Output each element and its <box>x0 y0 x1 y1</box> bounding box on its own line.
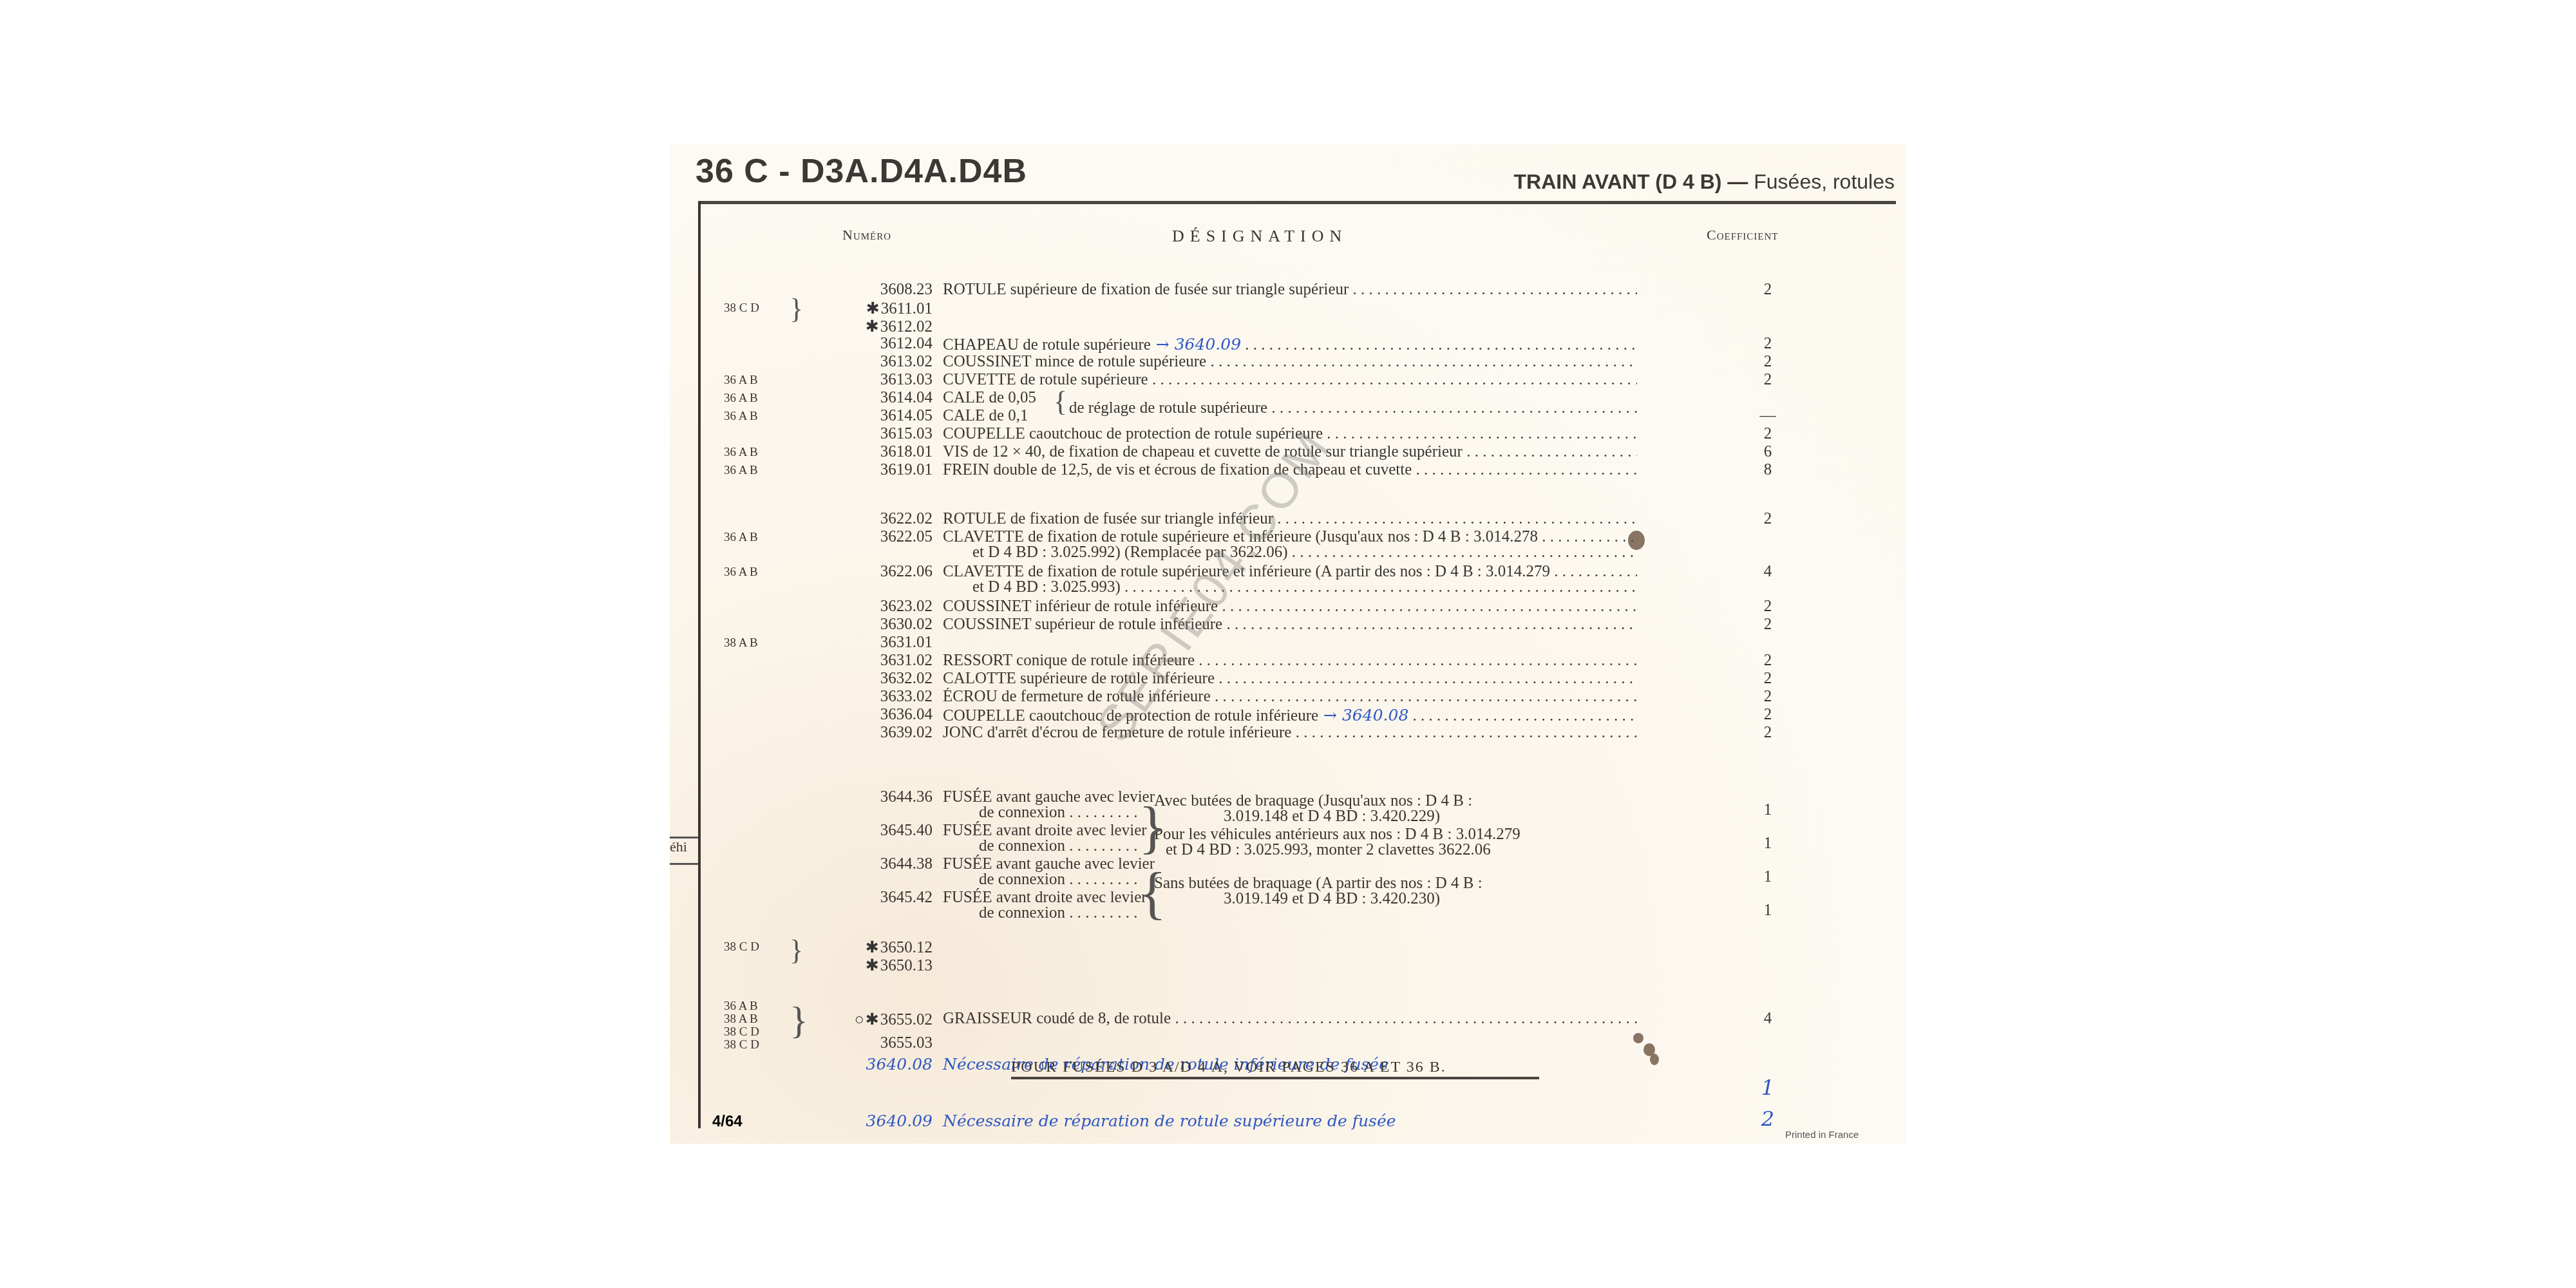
table-row: 38 C D✱3650.12 <box>670 938 1906 956</box>
designation-text: VIS de 12 × 40, de fixation de chapeau e… <box>943 443 1463 460</box>
designation-text: de réglage de rotule supérieure <box>1069 399 1267 417</box>
table-row: 3636.04COUPELLE caoutchouc de protection… <box>670 706 1906 724</box>
asterisk-icon: ✱ <box>866 300 880 317</box>
designation-text: COUPELLE caoutchouc de protection de rot… <box>943 425 1323 442</box>
asterisk-icon: ✱ <box>866 939 879 956</box>
part-designation: GRAISSEUR coudé de 8, de rotule . . . . … <box>943 1010 1637 1028</box>
designation-text: CUVETTE de rotule supérieure <box>943 371 1148 388</box>
handwritten-part-number: 3640.08 <box>837 1055 933 1074</box>
part-designation: ÉCROU de fermeture de rotule inférieure … <box>943 688 1637 706</box>
designation-text: ROTULE supérieure de fixation de fusée s… <box>943 281 1349 298</box>
part-designation: ROTULE supérieure de fixation de fusée s… <box>943 281 1637 299</box>
part-designation: FREIN double de 12,5, de vis et écrous d… <box>943 461 1637 479</box>
part-number: 3613.02 <box>837 353 933 371</box>
printed-in-france: Printed in France <box>1785 1130 1859 1141</box>
table-row-continued: et D 4 BD : 3.025.993) . . . . . . . . .… <box>670 578 1906 596</box>
table-row: 36 A B3613.03CUVETTE de rotule supérieur… <box>670 371 1906 389</box>
part-designation: COUPELLE caoutchouc de protection de rot… <box>943 706 1637 725</box>
part-designation-continued: de connexion . . . . . . . . . . . . . .… <box>979 804 1140 822</box>
part-number: 3613.03 <box>837 371 933 389</box>
stain <box>1628 531 1645 550</box>
designation-text: COUSSINET inférieur de rotule inférieure <box>943 598 1218 615</box>
designation-text: et D 4 BD : 3.025.992) (Remplacée par 36… <box>972 544 1287 561</box>
table-row: 3623.02COUSSINET inférieur de rotule inf… <box>670 598 1906 616</box>
table-row: ✱3612.02 <box>670 317 1906 335</box>
coefficient: 1 <box>1758 835 1777 853</box>
asterisk-icon: ✱ <box>866 957 879 974</box>
brace-icon: } <box>1139 795 1166 861</box>
coefficient: 2 <box>1758 425 1777 443</box>
part-number: 3631.01 <box>837 634 933 652</box>
handwritten-part-number: 3640.09 <box>837 1112 933 1130</box>
coefficient: 1 <box>1758 801 1777 819</box>
part-number: ○✱3655.02 <box>837 1010 933 1029</box>
part-designation: CHAPEAU de rotule supérieure → 3640.09 .… <box>943 335 1637 354</box>
table-row: 3622.02ROTULE de fixation de fusée sur t… <box>670 510 1906 528</box>
brace-icon: { <box>1139 860 1166 927</box>
part-designation-continued: de connexion . . . . . . . . . . . . . .… <box>979 837 1140 855</box>
table-row: 3630.02COUSSINET supérieur de rotule inf… <box>670 616 1906 634</box>
part-number: 3630.02 <box>837 616 933 634</box>
designation-text: ROTULE de fixation de fusée sur triangle… <box>943 510 1273 527</box>
part-number: 3632.02 <box>837 670 933 688</box>
part-designation: COUSSINET mince de rotule supérieure . .… <box>943 353 1637 371</box>
part-designation: RESSORT conique de rotule inférieure . .… <box>943 652 1637 670</box>
table-row: ○✱3655.02GRAISSEUR coudé de 8, de rotule… <box>670 1010 1906 1028</box>
table-row: 36 A B3619.01FREIN double de 12,5, de vi… <box>670 461 1906 479</box>
part-designation: COUSSINET inférieur de rotule inférieure… <box>943 598 1637 616</box>
stain <box>1633 1033 1643 1043</box>
coefficient: 2 <box>1758 335 1777 353</box>
part-designation-continued: et D 4 BD : 3.025.993) . . . . . . . . .… <box>972 578 1637 596</box>
designation-text: COUSSINET supérieur de rotule inférieure <box>943 616 1222 633</box>
designation-text: JONC d'arrêt d'écrou de fermeture de rot… <box>943 724 1291 741</box>
designation-text: RESSORT conique de rotule inférieure <box>943 652 1195 669</box>
reference-page: 36 A B <box>724 565 758 580</box>
part-number: 3636.04 <box>837 706 933 724</box>
part-number: 3623.02 <box>837 598 933 616</box>
handwritten-annotation: → 3640.09 <box>1151 335 1241 354</box>
table-row-continued: et D 4 BD : 3.025.992) (Remplacée par 36… <box>670 544 1906 562</box>
part-number: ✱3611.01 <box>837 299 933 318</box>
part-number: 3618.01 <box>837 443 933 461</box>
table-row: 3655.03 <box>670 1034 1906 1052</box>
footer-note: POUR FUSÉES D 3 A/D 4 A, VOIR PAGES 36 A… <box>1011 1059 1446 1076</box>
part-number: 3615.03 <box>837 425 933 443</box>
table-row: 38 C D✱3611.01 <box>670 299 1906 317</box>
coefficient: 2 <box>1758 616 1777 634</box>
coefficient: 4 <box>1758 1010 1777 1028</box>
handwritten-row: 3640.09Nécessaire de réparation de rotul… <box>670 1112 1906 1130</box>
coefficient: 2 <box>1758 510 1777 528</box>
part-designation: ROTULE de fixation de fusée sur triangle… <box>943 510 1637 528</box>
coefficient: 2 <box>1758 281 1777 299</box>
circle-icon: ○ <box>855 1011 864 1028</box>
coefficient: 2 <box>1758 724 1777 742</box>
part-designation: JONC d'arrêt d'écrou de fermeture de rot… <box>943 724 1637 742</box>
part-designation-continued: de connexion . . . . . . . . . . . . . .… <box>979 871 1140 889</box>
footer-rule <box>1011 1077 1539 1079</box>
part-designation: COUSSINET supérieur de rotule inférieure… <box>943 616 1637 634</box>
fusee-note: et D 4 BD : 3.025.993, monter 2 clavette… <box>1166 841 1491 859</box>
section-title-bold: TRAIN AVANT (D 4 B) — <box>1514 170 1748 193</box>
cale-shared-designation: de réglage de rotule supérieure . . . . … <box>670 399 1906 417</box>
section-title: TRAIN AVANT (D 4 B) — Fusées, rotules <box>1514 170 1895 194</box>
table-row: 38 A B3631.01 <box>670 634 1906 652</box>
part-designation: CUVETTE de rotule supérieure . . . . . .… <box>943 371 1637 389</box>
coefficient: 8 <box>1758 461 1777 479</box>
part-number: 3612.04 <box>837 335 933 353</box>
designation-text: GRAISSEUR coudé de 8, de rotule <box>943 1010 1171 1027</box>
table-row: 3631.02RESSORT conique de rotule inférie… <box>670 652 1906 670</box>
column-header-designation: DÉSIGNATION <box>1172 227 1347 246</box>
part-number: 3619.01 <box>837 461 933 479</box>
coefficient: 2 <box>1758 371 1777 389</box>
table-row: 36 A B3618.01VIS de 12 × 40, de fixation… <box>670 443 1906 461</box>
part-number: 3631.02 <box>837 652 933 670</box>
brace-icon: { <box>1054 385 1067 418</box>
designation-text: de connexion <box>979 837 1065 855</box>
table-row: 3612.04CHAPEAU de rotule supérieure → 36… <box>670 335 1906 353</box>
reference-page: 38 A B <box>724 636 758 650</box>
top-rule <box>698 201 1896 204</box>
coefficient: 2 <box>1758 652 1777 670</box>
reference-page: 36 A B <box>724 464 758 478</box>
fusee-note: 3.019.148 et D 4 BD : 3.420.229) <box>1224 808 1440 826</box>
reference-page: 38 C D <box>724 301 759 316</box>
part-number: 3622.02 <box>837 510 933 528</box>
designation-text: de connexion <box>979 871 1065 888</box>
part-designation: VIS de 12 × 40, de fixation de chapeau e… <box>943 443 1637 461</box>
handwritten-designation: Nécessaire de réparation de rotule supér… <box>943 1112 1396 1130</box>
section-title-light: Fusées, rotules <box>1754 170 1895 193</box>
brace-icon: } <box>790 292 803 325</box>
coefficient: 1 <box>1758 868 1777 886</box>
designation-text: CALOTTE supérieure de rotule inférieure <box>943 670 1215 687</box>
designation-text: de connexion <box>979 804 1065 821</box>
stain <box>1650 1054 1659 1065</box>
designation-text: COUPELLE caoutchouc de protection de rot… <box>943 707 1318 724</box>
part-number: ✱3612.02 <box>837 317 933 336</box>
reference-page: 38 C D <box>724 940 759 954</box>
column-header-coefficient: Coefficient <box>1707 227 1779 243</box>
designation-text: et D 4 BD : 3.025.993) <box>972 578 1121 596</box>
handwritten-coefficient: 2 <box>1758 1106 1777 1131</box>
part-designation: de réglage de rotule supérieure . . . . … <box>1069 399 1637 417</box>
part-designation-continued: et D 4 BD : 3.025.992) (Remplacée par 36… <box>972 544 1637 562</box>
designation-text: CLAVETTE de fixation de rotule supérieur… <box>943 563 1550 580</box>
coefficient: 2 <box>1758 353 1777 371</box>
designation-text: ÉCROU de fermeture de rotule inférieure <box>943 688 1211 705</box>
brace-icon: } <box>790 934 803 967</box>
part-number: 3633.02 <box>837 688 933 706</box>
coefficient: 2 <box>1758 706 1777 724</box>
handwritten-coefficient: 1 <box>1758 1075 1777 1100</box>
part-designation: COUPELLE caoutchouc de protection de rot… <box>943 425 1637 443</box>
reference-page: 36 A B <box>724 531 758 545</box>
coefficient: 6 <box>1758 443 1777 461</box>
reference-page: 36 A B <box>724 374 758 388</box>
part-designation-continued: de connexion . . . . . . . . . . . . . .… <box>979 904 1140 922</box>
part-number: ✱3650.13 <box>837 956 933 975</box>
coefficient: 1 <box>1758 902 1777 920</box>
parts-catalog-page: 36 C - D3A.D4A.D4B TRAIN AVANT (D 4 B) —… <box>670 144 1906 1144</box>
part-number: 3639.02 <box>837 724 933 742</box>
asterisk-icon: ✱ <box>866 1011 879 1028</box>
part-designation: CALOTTE supérieure de rotule inférieure … <box>943 670 1637 688</box>
fusee-note: 3.019.149 et D 4 BD : 3.420.230) <box>1224 890 1440 908</box>
table-row: 3615.03COUPELLE caoutchouc de protection… <box>670 425 1906 443</box>
table-row: 3633.02ÉCROU de fermeture de rotule infé… <box>670 688 1906 706</box>
reference-page: 36 A B <box>724 446 758 460</box>
handwritten-annotation: → 3640.08 <box>1318 706 1408 724</box>
part-number: 3655.03 <box>837 1034 933 1052</box>
designation-text: CLAVETTE de fixation de rotule supérieur… <box>943 528 1538 545</box>
table-row: ✱3650.13 <box>670 956 1906 974</box>
coefficient: 2 <box>1758 598 1777 616</box>
table-row: 3613.02COUSSINET mince de rotule supérie… <box>670 353 1906 371</box>
part-number: ✱3650.12 <box>837 938 933 957</box>
table-row: 3639.02JONC d'arrêt d'écrou de fermeture… <box>670 724 1906 742</box>
page-number: 4/64 <box>712 1113 743 1131</box>
table-row: 3632.02CALOTTE supérieure de rotule infé… <box>670 670 1906 688</box>
coefficient: 2 <box>1758 688 1777 706</box>
column-header-numero: Numéro <box>842 227 891 243</box>
part-number: 3608.23 <box>837 281 933 299</box>
coefficient: 2 <box>1758 670 1777 688</box>
designation-text: FREIN double de 12,5, de vis et écrous d… <box>943 461 1412 478</box>
catalog-code-title: 36 C - D3A.D4A.D4B <box>696 152 1027 191</box>
table-row: 3608.23ROTULE supérieure de fixation de … <box>670 281 1906 299</box>
designation-text: CHAPEAU de rotule supérieure <box>943 336 1151 354</box>
designation-text: COUSSINET mince de rotule supérieure <box>943 353 1206 370</box>
asterisk-icon: ✱ <box>866 318 879 336</box>
designation-text: de connexion <box>979 904 1065 922</box>
